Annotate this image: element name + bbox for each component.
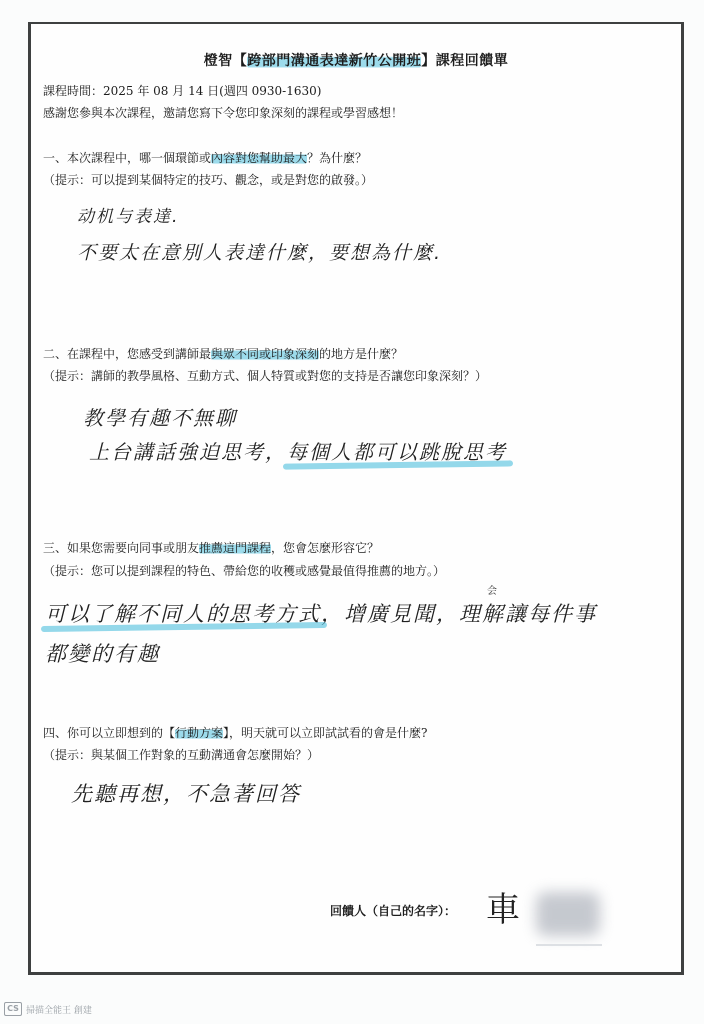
scanner-watermark: CS 掃描全能王 創建 <box>4 1002 92 1016</box>
answer-1-line-1: 动机与表達. <box>77 202 179 227</box>
signature-label: 回饋人（自己的名字）： <box>330 902 456 919</box>
feedback-form-sheet: 橙智【跨部門溝通表達新竹公開班】課程回饋單 課程時間：2025 年 08 月 1… <box>28 22 684 975</box>
intro-text: 感謝您參與本次課程，邀請您寫下令您印象深刻的課程或學習感想！ <box>43 104 403 121</box>
hint-1: （提示：可以提到某個特定的技巧、觀念，或是對您的啟發。） <box>43 171 373 188</box>
answer-2-line-2: 上台講話強迫思考，每個人都可以跳脫思考 <box>89 436 507 465</box>
question-4: 四、你可以立即想到的【行動方案】，明天就可以立即試試看的會是什麼? <box>43 724 427 741</box>
answer-4-line-1: 先聽再想，不急著回答 <box>71 778 301 808</box>
signature-blurred <box>536 892 600 936</box>
signature-handwritten: 車 <box>486 882 520 931</box>
answer-3-line-1: 可以了解不同人的思考方式，增廣見聞，理解讓每件事 <box>45 598 597 628</box>
answer-2-line-1: 教學有趣不無聊 <box>83 402 237 431</box>
signature-underline <box>536 944 602 946</box>
camscanner-logo-icon: CS <box>4 1002 22 1016</box>
hint-3: （提示：您可以提到課程的特色、帶給您的收穫或感覺最值得推薦的地方。） <box>43 562 445 579</box>
insertion-mark: 会 <box>487 582 497 597</box>
answer-2-highlight: 每個人都可以跳脫思考 <box>287 440 507 464</box>
question-2: 二、在課程中，您感受到講師最與眾不同或印象深刻的地方是什麼？ <box>43 345 403 362</box>
answer-3-highlight: 可以了解不同人的思考方式 <box>45 602 321 626</box>
hint-2: （提示：講師的教學風格、互動方式、個人特質或對您的支持是否讓您印象深刻？） <box>43 367 487 384</box>
question-1: 一、本次課程中，哪一個環節或內容對您幫助最大？為什麼？ <box>43 149 367 166</box>
question-3: 三、如果您需要向同事或朋友推薦這門課程，您會怎麼形容它？ <box>43 539 379 556</box>
answer-3-line-2: 都變的有趣 <box>45 638 160 668</box>
answer-1-line-2: 不要太在意別人表達什麼，要想為什麼. <box>77 238 442 265</box>
course-time: 課程時間：2025 年 08 月 14 日(週四 0930-1630) <box>43 82 321 99</box>
course-name-highlight: 跨部門溝通表達新竹公開班 <box>247 53 421 69</box>
hint-4: （提示：與某個工作對象的互動溝通會怎麼開始？） <box>43 746 319 763</box>
form-title: 橙智【跨部門溝通表達新竹公開班】課程回饋單 <box>31 50 681 70</box>
watermark-text: 掃描全能王 創建 <box>26 1003 92 1016</box>
